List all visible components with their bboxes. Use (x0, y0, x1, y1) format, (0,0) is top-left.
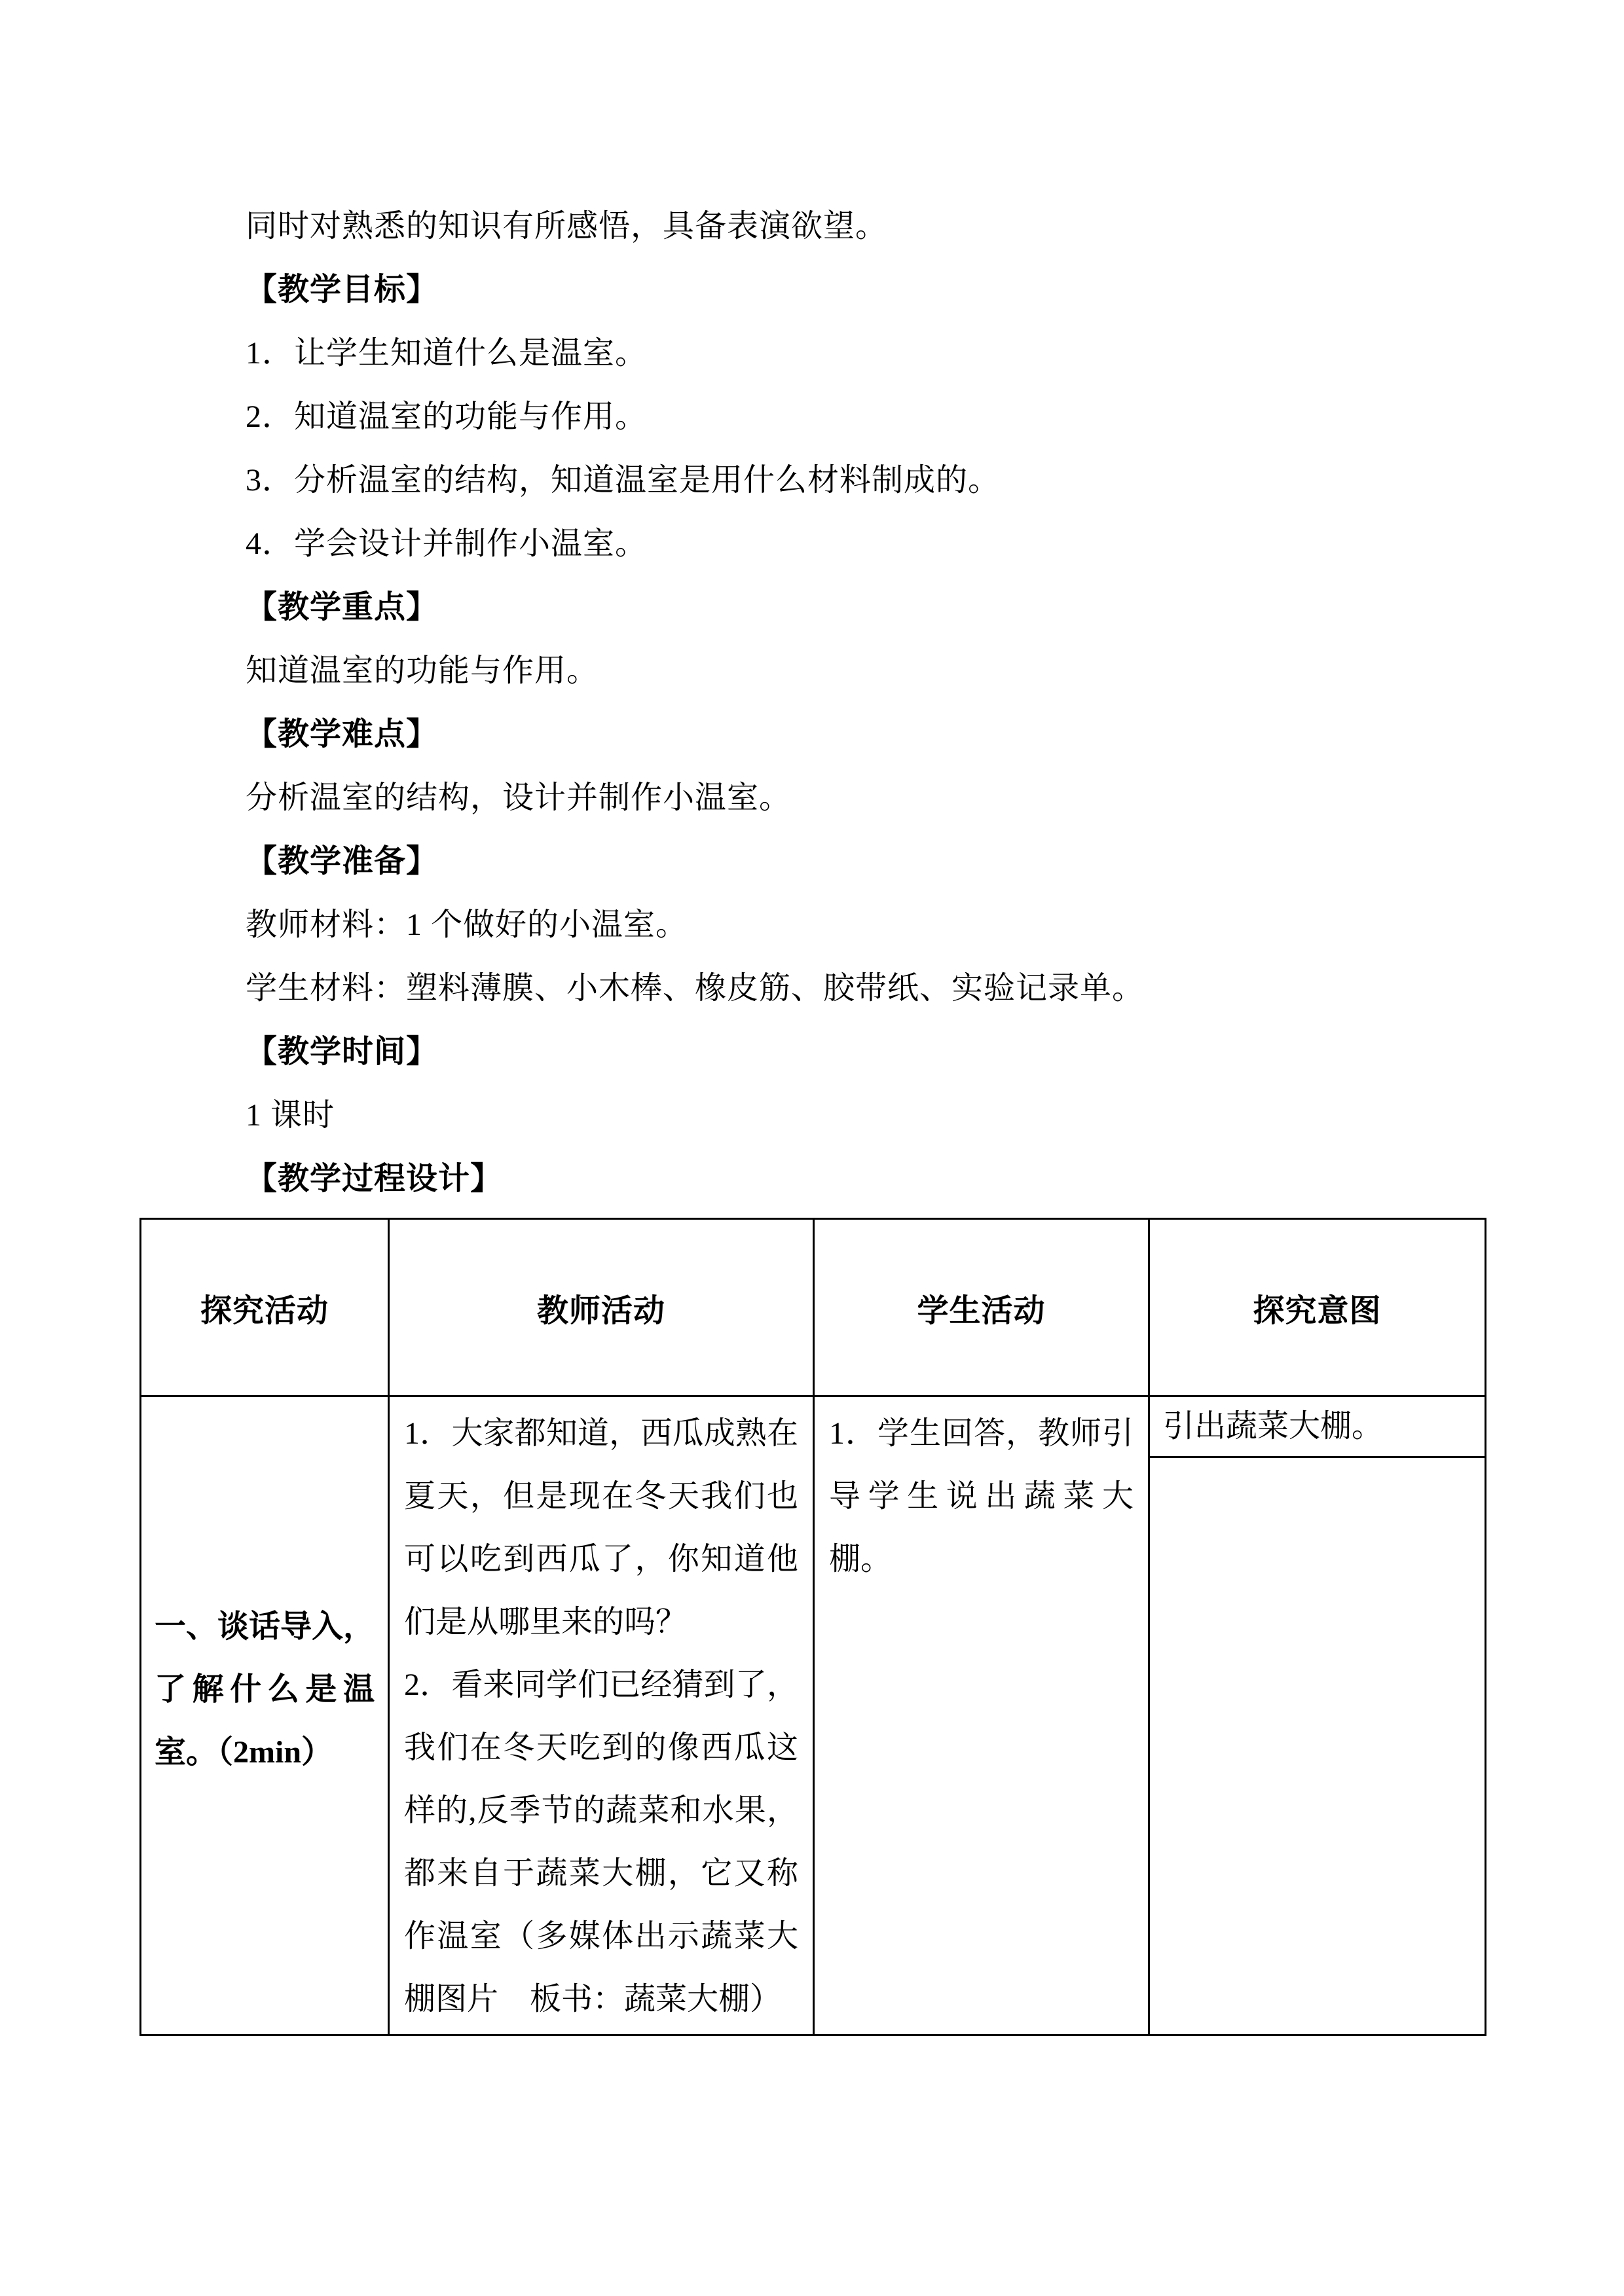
objective-item-3: 3．分析温室的结构，知道温室是用什么材料制成的。 (246, 448, 1485, 512)
column-header-student-activity: 学生活动 (814, 1219, 1149, 1396)
table-header-row: 探究活动 教师活动 学生活动 探究意图 (141, 1219, 1486, 1396)
column-header-inquiry-activity: 探究活动 (141, 1219, 389, 1396)
cell-teacher-activity: 1．大家都知道，西瓜成熟在夏天，但是现在冬天我们也可以吃到西瓜了，你知道他们是从… (389, 1396, 814, 2035)
key-points-text: 知道温室的功能与作用。 (246, 639, 1485, 702)
column-header-teacher-activity: 教师活动 (389, 1219, 814, 1396)
heading-teaching-key-points: 【教学重点】 (246, 575, 1485, 639)
cell-inquiry-activity: 一、谈话导入，了解什么是温室。（2min） (141, 1396, 389, 2035)
objective-item-1: 1．让学生知道什么是温室。 (246, 321, 1485, 385)
student-activity-text: 1．学生回答，教师引导学生说出蔬菜大棚。 (829, 1402, 1134, 1591)
heading-teaching-process-design: 【教学过程设计】 (246, 1147, 1485, 1211)
objective-item-2: 2．知道温室的功能与作用。 (246, 385, 1485, 448)
cell-inquiry-intent-empty (1149, 1457, 1486, 2035)
intro-paragraph: 同时对熟悉的知识有所感悟，具备表演欲望。 (246, 194, 1485, 258)
heading-teaching-time: 【教学时间】 (246, 1020, 1485, 1084)
table-body-row: 一、谈话导入，了解什么是温室。（2min） 1．大家都知道，西瓜成熟在夏天，但是… (141, 1396, 1486, 1457)
cell-inquiry-intent: 引出蔬菜大棚。 (1149, 1396, 1486, 1457)
column-header-inquiry-intent: 探究意图 (1149, 1219, 1486, 1396)
difficulties-text: 分析温室的结构，设计并制作小温室。 (246, 766, 1485, 829)
teacher-activity-paragraph-1: 1．大家都知道，西瓜成熟在夏天，但是现在冬天我们也可以吃到西瓜了，你知道他们是从… (404, 1402, 798, 1654)
heading-teaching-preparation: 【教学准备】 (246, 829, 1485, 893)
teaching-time-text: 1 课时 (246, 1084, 1485, 1147)
document-page: 同时对熟悉的知识有所感悟，具备表演欲望。 【教学目标】 1．让学生知道什么是温室… (0, 0, 1624, 2296)
teacher-activity-paragraph-2: 2．看来同学们已经猜到了，我们在冬天吃到的像西瓜这样的,反季节的蔬菜和水果，都来… (404, 1654, 798, 2031)
student-materials-text: 学生材料：塑料薄膜、小木棒、橡皮筋、胶带纸、实验记录单。 (246, 957, 1485, 1020)
objective-item-4: 4．学会设计并制作小温室。 (246, 512, 1485, 575)
heading-teaching-difficulties: 【教学难点】 (246, 702, 1485, 766)
inquiry-intent-text: 引出蔬菜大棚。 (1163, 1397, 1471, 1456)
heading-teaching-objectives: 【教学目标】 (246, 258, 1485, 321)
teacher-materials-text: 教师材料：1 个做好的小温室。 (246, 893, 1485, 957)
teaching-process-table: 探究活动 教师活动 学生活动 探究意图 一、谈话导入，了解什么是温室。（2min… (139, 1218, 1486, 2036)
inquiry-activity-text: 一、谈话导入，了解什么是温室。（2min） (155, 1595, 375, 1784)
document-content: 同时对熟悉的知识有所感悟，具备表演欲望。 【教学目标】 1．让学生知道什么是温室… (0, 0, 1624, 2036)
cell-student-activity: 1．学生回答，教师引导学生说出蔬菜大棚。 (814, 1396, 1149, 2035)
